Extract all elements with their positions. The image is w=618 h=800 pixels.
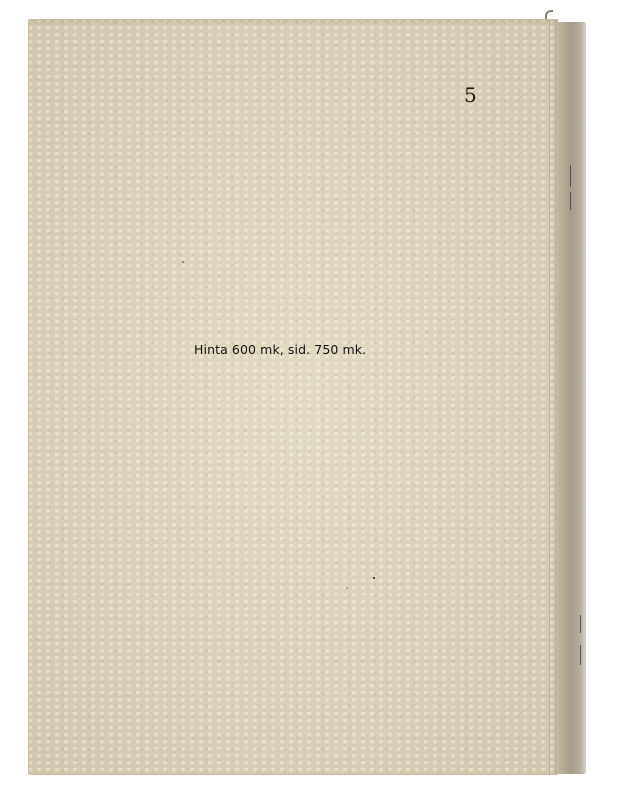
back-cover: 5 Hinta 600 mk, sid. 750 mk.	[28, 19, 558, 775]
paper-speck	[346, 587, 348, 589]
paper-speck	[182, 261, 184, 263]
spine-mark	[580, 615, 581, 633]
price-text: Hinta 600 mk, sid. 750 mk.	[194, 342, 366, 357]
cover-edge-line	[549, 19, 550, 775]
page-number: 5	[464, 83, 477, 107]
spine-mark	[570, 165, 571, 187]
paper-speck	[373, 577, 375, 579]
spine-mark	[580, 645, 581, 665]
spine-mark	[570, 192, 571, 210]
